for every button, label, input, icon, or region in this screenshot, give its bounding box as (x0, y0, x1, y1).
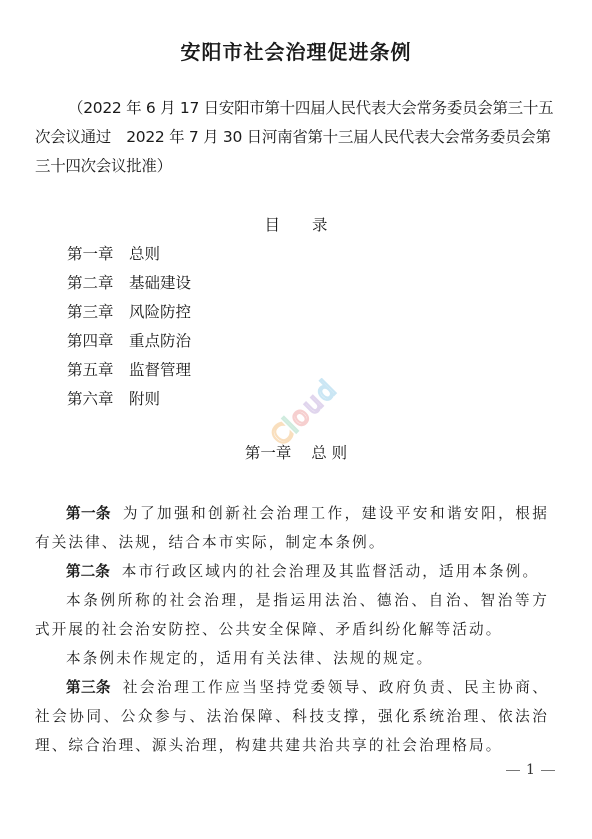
page-number-value: 1 (526, 762, 535, 778)
toc-chapter-number: 第六章 (67, 385, 129, 414)
toc-item[interactable]: 第三章风险防控 (67, 298, 191, 327)
toc-item[interactable]: 第二章基础建设 (67, 269, 191, 298)
toc-chapter-number: 第四章 (67, 327, 129, 356)
toc-item[interactable]: 第五章监督管理 (67, 356, 191, 385)
toc-heading-char: 录 (312, 213, 328, 235)
toc-chapter-number: 第五章 (67, 356, 129, 385)
article-label: 第三条 (66, 679, 111, 696)
toc-heading: 目 录 (0, 213, 592, 235)
svg-text:u: u (297, 388, 330, 421)
toc-item[interactable]: 第六章附则 (67, 385, 191, 414)
toc-chapter-title: 监督管理 (129, 361, 191, 379)
article-text: 本市行政区域内的社会治理及其监督活动，适用本条例。 (122, 563, 539, 580)
body-paragraph: 本条例所称的社会治理，是指运用法治、德治、自治、智治等方式开展的社会治安防控、公… (35, 586, 549, 644)
paragraph-text: 本条例未作规定的，适用有关法律、法规的规定。 (66, 650, 433, 667)
dash-decoration (541, 770, 555, 771)
toc-heading-char: 目 (265, 213, 281, 235)
adoption-note: （2022 年 6 月 17 日安阳市第十四届人民代表大会常务委员会第三十五 次… (35, 94, 549, 181)
cloud-watermark-icon: C l o u d (258, 378, 348, 448)
table-of-contents: 第一章总则 第二章基础建设 第三章风险防控 第四章重点防治 第五章监督管理 第六… (67, 240, 191, 414)
toc-chapter-number: 第二章 (67, 269, 129, 298)
chapter-number: 第一章 (245, 444, 292, 462)
toc-item[interactable]: 第四章重点防治 (67, 327, 191, 356)
article-paragraph: 第二条本市行政区域内的社会治理及其监督活动，适用本条例。 (35, 557, 549, 586)
toc-chapter-title: 附则 (129, 390, 160, 408)
article-paragraph: 第一条为了加强和创新社会治理工作，建设平安和谐安阳，根据有关法律、法规，结合本市… (35, 499, 549, 557)
body-paragraph: 本条例未作规定的，适用有关法律、法规的规定。 (35, 644, 549, 673)
article-paragraph: 第三条社会治理工作应当坚持党委领导、政府负责、民主协商、社会协同、公众参与、法治… (35, 673, 549, 760)
toc-chapter-number: 第一章 (67, 240, 129, 269)
toc-chapter-title: 风险防控 (129, 303, 191, 321)
article-label: 第一条 (66, 505, 111, 522)
toc-chapter-title: 基础建设 (129, 274, 191, 292)
article-text: 为了加强和创新社会治理工作，建设平安和谐安阳，根据有关法律、法规，结合本市实际，… (35, 505, 549, 551)
document-body: 第一条为了加强和创新社会治理工作，建设平安和谐安阳，根据有关法律、法规，结合本市… (35, 499, 549, 760)
toc-chapter-number: 第三章 (67, 298, 129, 327)
toc-chapter-title: 总则 (129, 245, 160, 263)
adoption-note-line: （2022 年 6 月 17 日安阳市第十四届人民代表大会常务委员会第三十五 (35, 94, 549, 123)
toc-item[interactable]: 第一章总则 (67, 240, 191, 269)
paragraph-text: 本条例所称的社会治理，是指运用法治、德治、自治、智治等方式开展的社会治安防控、公… (35, 592, 549, 638)
svg-text:o: o (284, 401, 316, 433)
adoption-note-line: 次会议通过 2022 年 7 月 30 日河南省第十三届人民代表大会常务委员会第 (35, 123, 549, 152)
document-page: 安阳市社会治理促进条例 （2022 年 6 月 17 日安阳市第十四届人民代表大… (0, 0, 592, 839)
page-number: 1 (500, 762, 561, 778)
toc-chapter-title: 重点防治 (129, 332, 191, 350)
document-title: 安阳市社会治理促进条例 (0, 36, 592, 65)
adoption-note-line: 三十四次会议批准） (35, 152, 549, 181)
dash-decoration (506, 770, 520, 771)
svg-text:l: l (278, 413, 304, 439)
chapter-title: 总 则 (311, 444, 347, 462)
article-text: 社会治理工作应当坚持党委领导、政府负责、民主协商、社会协同、公众参与、法治保障、… (35, 679, 549, 754)
svg-text:d: d (309, 378, 342, 408)
article-label: 第二条 (66, 563, 110, 580)
chapter-heading: 第一章 总 则 (0, 441, 592, 463)
